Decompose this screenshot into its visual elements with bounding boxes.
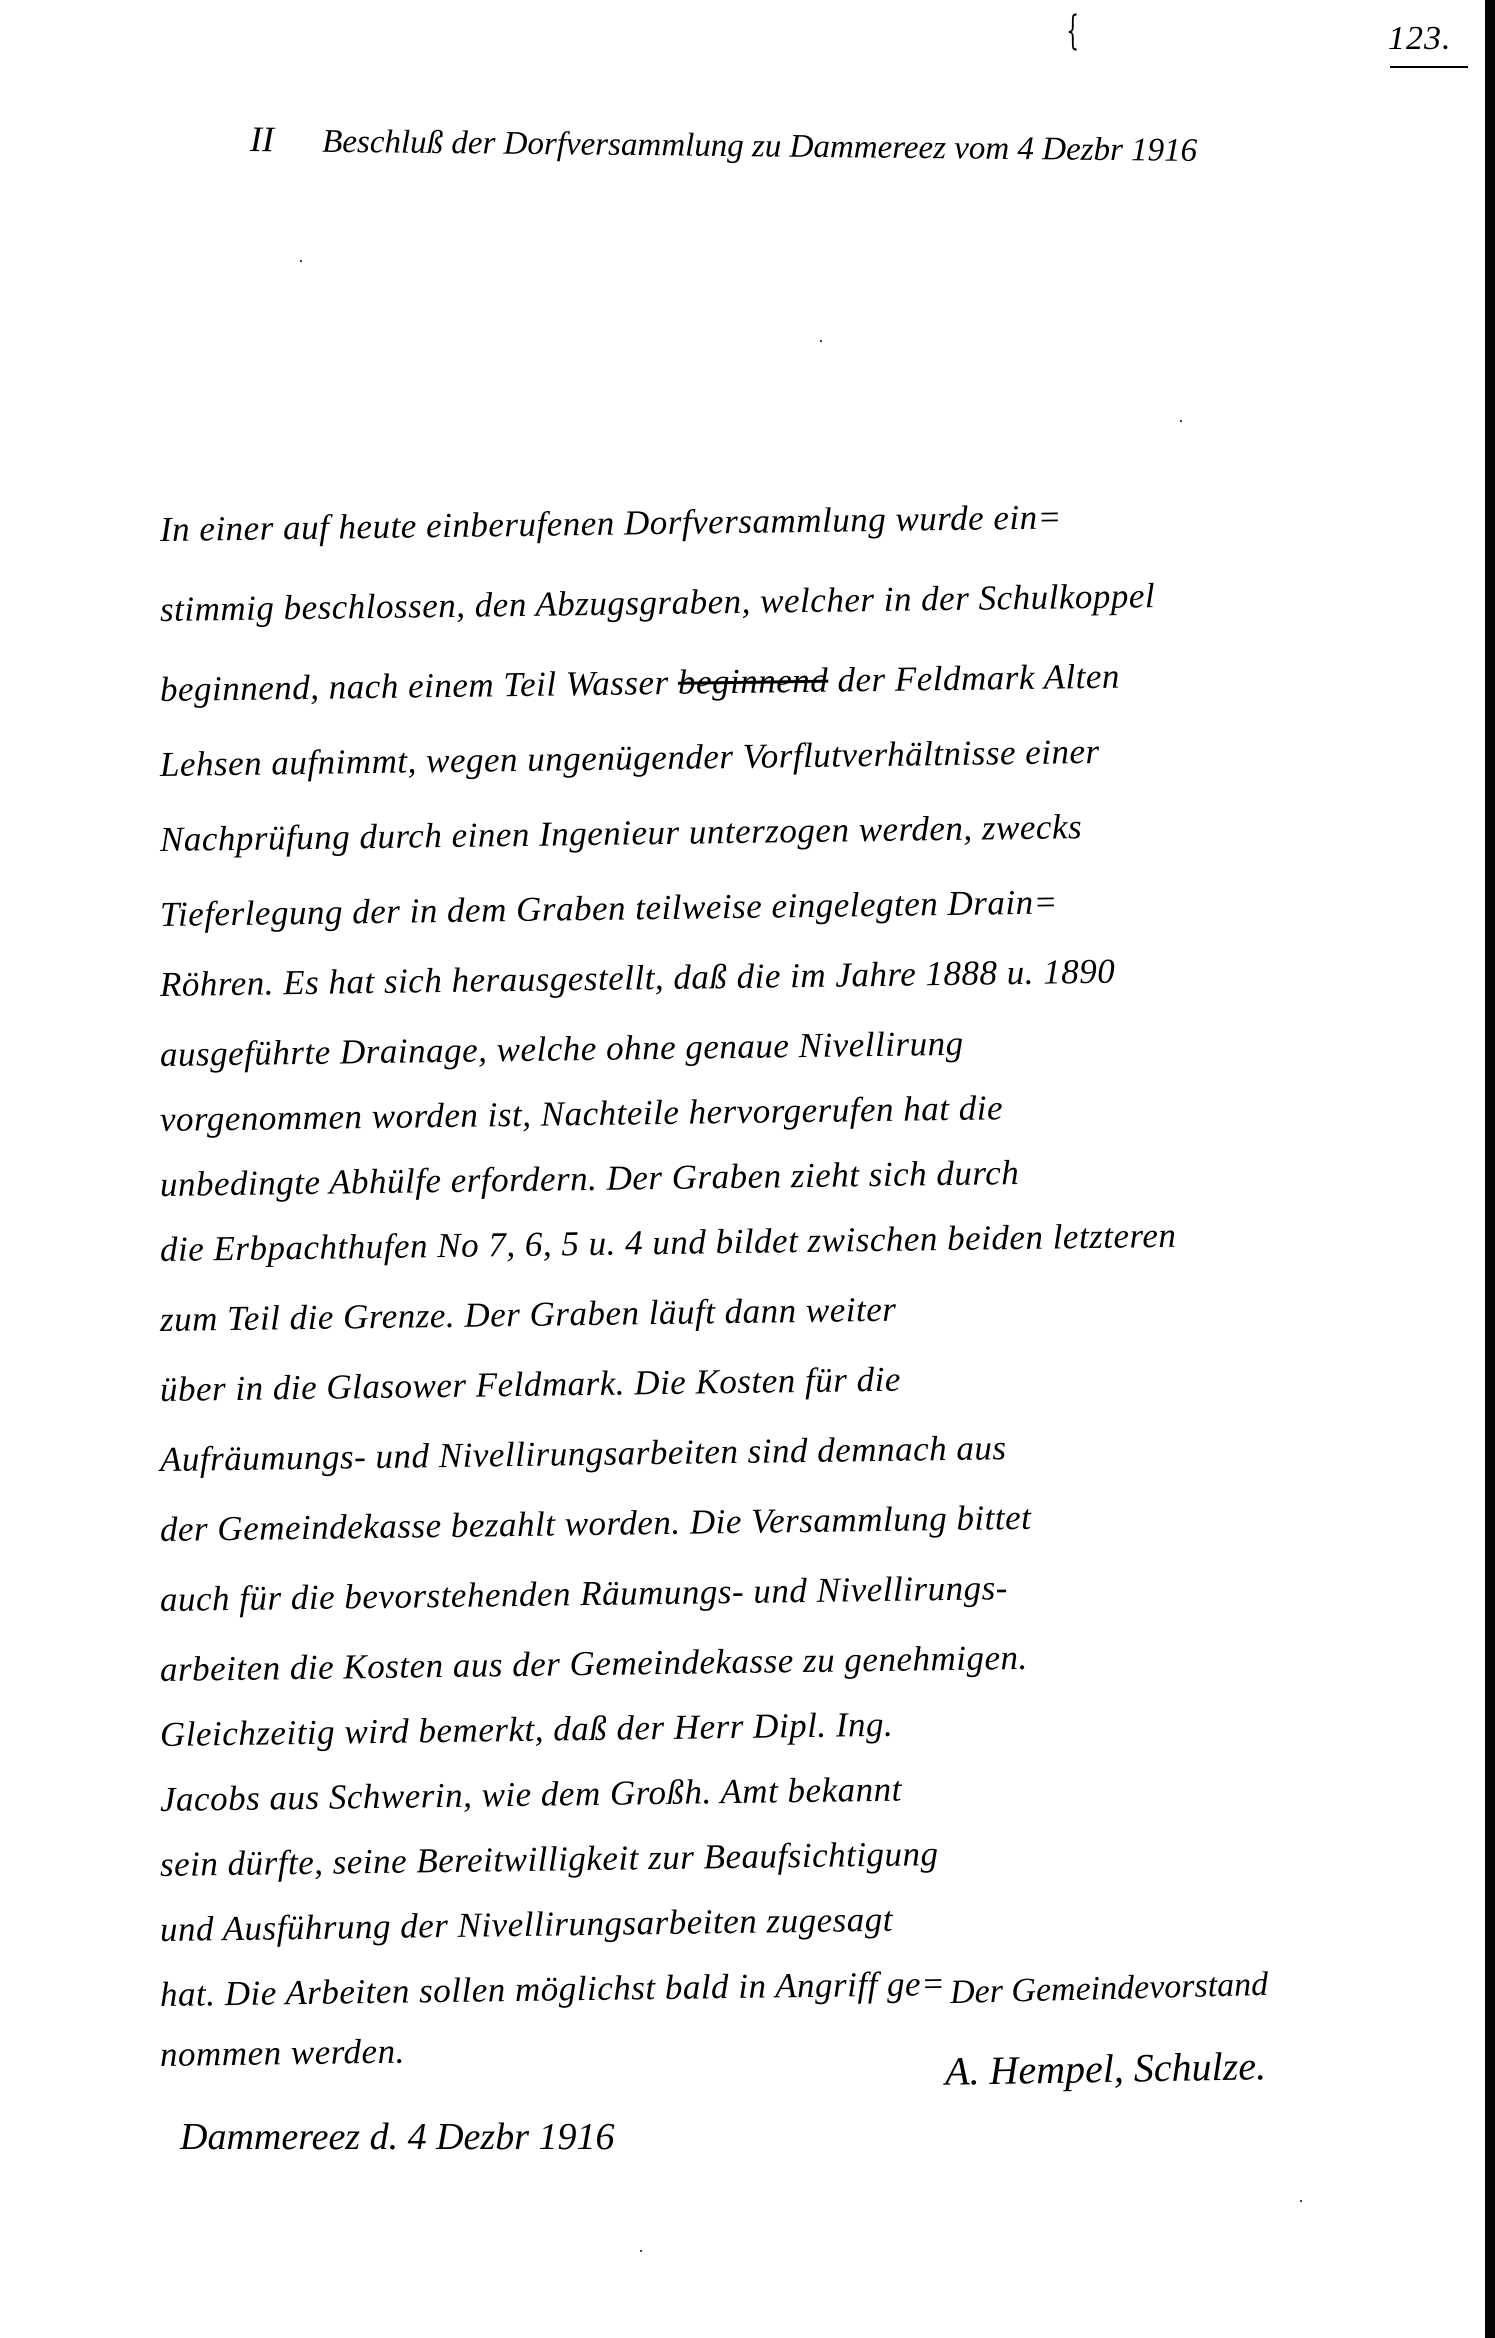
- margin-brace-mark: {: [1066, 8, 1079, 54]
- body-line-segment: beginnend, nach einem Teil Wasser: [160, 663, 678, 709]
- folio-underline: [1390, 66, 1468, 68]
- body-line-with-correction: beginnend, nach einem Teil Wasser beginn…: [160, 652, 1460, 710]
- body-line: ausgeführte Drainage, welche ohne genaue…: [160, 1017, 1460, 1075]
- body-line: Aufräumungs- und Nivellirungsarbeiten si…: [160, 1422, 1460, 1480]
- heading-text: Beschluß der Dorfversammlung zu Dammeree…: [322, 124, 1197, 169]
- folio-number: 123.: [1388, 20, 1452, 58]
- body-line: vorgenommen worden ist, Nachteile hervor…: [160, 1082, 1460, 1140]
- scan-speck: [300, 260, 302, 262]
- body-line: Röhren. Es hat sich herausgestellt, daß …: [160, 947, 1460, 1005]
- scan-speck: [1300, 2200, 1302, 2202]
- scan-speck: [820, 340, 822, 342]
- body-line: Lehsen aufnimmt, wegen ungenügender Vorf…: [160, 727, 1460, 785]
- scan-speck: [1180, 420, 1182, 422]
- signature-name: A. Hempel, Schulze.: [945, 2042, 1267, 2095]
- body-line: und Ausführung der Nivellirungsarbeiten …: [160, 1892, 1460, 1950]
- struck-through-word: beginnend: [678, 661, 829, 702]
- body-line: der Gemeindekasse bezahlt worden. Die Ve…: [160, 1492, 1460, 1550]
- document-page: { 123. II Beschluß der Dorfversammlung z…: [0, 0, 1485, 2338]
- body-line: auch für die bevorstehenden Räumungs- un…: [160, 1562, 1460, 1620]
- body-line: nommen werden.: [160, 2028, 661, 2075]
- body-line: sein dürfte, seine Bereitwilligkeit zur …: [160, 1827, 1460, 1885]
- body-line: Gleichzeitig wird bemerkt, daß der Herr …: [160, 1697, 1460, 1755]
- scan-speck: [640, 2250, 642, 2252]
- body-line-segment: der Feldmark Alten: [828, 657, 1120, 700]
- body-line: In einer auf heute einberufenen Dorfvers…: [160, 492, 1460, 550]
- body-line: zum Teil die Grenze. Der Graben läuft da…: [160, 1282, 1460, 1340]
- scan-border-edge: [1485, 0, 1495, 2338]
- body-line: Nachprüfung durch einen Ingenieur unterz…: [160, 802, 1460, 860]
- document-heading: II Beschluß der Dorfversammlung zu Damme…: [250, 118, 1460, 173]
- body-line: die Erbpachthufen No 7, 6, 5 u. 4 und bi…: [160, 1212, 1460, 1270]
- body-line: über in die Glasower Feldmark. Die Koste…: [160, 1352, 1460, 1410]
- section-numeral: II: [250, 119, 274, 159]
- body-line: arbeiten die Kosten aus der Gemeindekass…: [160, 1632, 1460, 1690]
- body-line: Jacobs aus Schwerin, wie dem Großh. Amt …: [160, 1762, 1460, 1820]
- signature-title: Der Gemeindevorstand: [950, 1966, 1269, 2012]
- body-line: stimmig beschlossen, den Abzugsgraben, w…: [160, 572, 1460, 630]
- body-line: unbedingte Abhülfe erfordern. Der Graben…: [160, 1147, 1460, 1205]
- body-line: Tieferlegung der in dem Graben teilweise…: [160, 877, 1460, 935]
- place-and-date: Dammereez d. 4 Dezbr 1916: [180, 2115, 614, 2159]
